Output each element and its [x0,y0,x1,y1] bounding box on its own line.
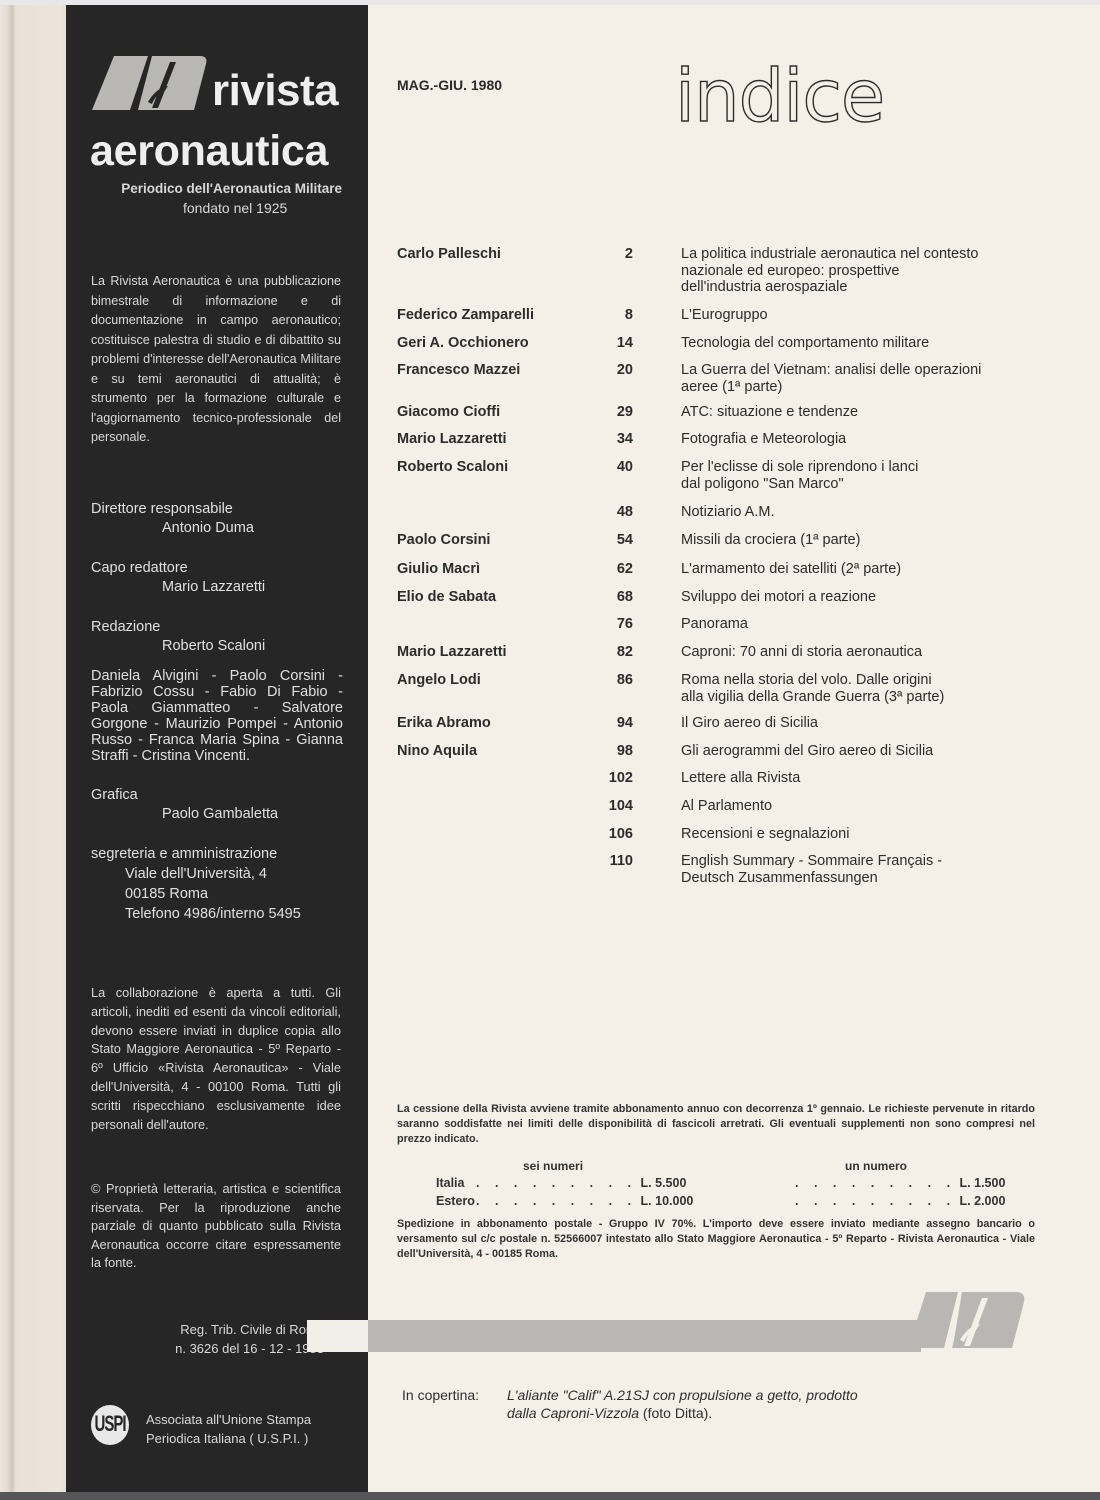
toc-author: Angelo Lodi [397,672,597,688]
credit-name: Antonio Duma [162,519,343,538]
credit-name: Mario Lazzaretti [162,578,343,597]
credit-chief-editor: Capo redattore Mario Lazzaretti [91,559,343,597]
index-title: indice [675,56,884,136]
masthead-tagline: Periodico dell'Aeronautica Militare [90,181,342,196]
footer-bar [368,1320,921,1352]
credit-director: Direttore responsabile Antonio Duma [91,500,343,538]
uspi-line2: Periodica Italiana ( U.S.P.I. ) [146,1430,311,1449]
toc-author: Geri A. Occhionero [397,335,597,351]
toc-page-number: 8 [593,307,633,323]
toc-author: Federico Zamparelli [397,307,597,323]
toc-page-number: 29 [593,404,633,420]
toc-page-number: 98 [593,743,633,759]
price-leader-dots: . . . . . . . . . [795,1176,956,1190]
toc-article-title: ATC: situazione e tendenze [681,404,1051,421]
issue-date: MAG.-GIU. 1980 [397,77,502,93]
price-value: L. 2.000 [960,1194,1006,1208]
copyright-note: © Proprietà letteraria, artistica e scie… [91,1180,341,1273]
toc-article-title: Recensioni e segnalazioni [681,826,1051,843]
toc-article-title: Per l'eclisse di sole riprendono i lanci… [681,459,1051,492]
collaboration-note: La collaborazione è aperta a tutti. Gli … [91,984,341,1134]
toc-author: Francesco Mazzei [397,362,597,378]
toc-page-number: 34 [593,431,633,447]
price-leader-dots: . . . . . . . . . [795,1194,956,1208]
credit-role: segreteria e amministrazione [91,845,343,864]
toc-article-title: La politica industriale aeronautica nel … [681,246,1051,296]
toc-article-title: Lettere alla Rivista [681,770,1051,787]
price-header-one-issue: un numero [845,1159,907,1173]
price-row-one-issue: . . . . . . . . . L. 2.000 [795,1194,1005,1208]
registration-line1: Reg. Trib. Civile di Roma [130,1320,324,1339]
toc-article-title: Tecnologia del comportamento militare [681,335,1051,352]
uspi-logo-text: USPI [91,1395,129,1455]
ra-monogram-icon [88,52,210,114]
registration: Reg. Trib. Civile di Roma n. 3626 del 16… [130,1320,324,1358]
staff-list: Daniela Alvigini - Paolo Corsini - Fabri… [91,668,343,764]
masthead-title-rivista: rivista [212,66,338,116]
toc-article-title: L'armamento dei satelliti (2ª parte) [681,561,1051,578]
price-value: L. 1.500 [960,1176,1006,1190]
price-value: L. 5.500 [641,1176,687,1190]
toc-page-number: 20 [593,362,633,378]
toc-author: Roberto Scaloni [397,459,597,475]
credit-role: Redazione [91,618,343,637]
cover-description: L'aliante "Calif" A.21SJ con propulsione… [507,1387,867,1422]
toc-author: Giulio Macrì [397,561,597,577]
toc-article-title: La Guerra del Vietnam: analisi delle ope… [681,362,1051,395]
masthead-founded: fondato nel 1925 [183,200,287,216]
price-region: Estero [436,1194,476,1208]
registration-box [307,1320,368,1352]
toc-author: Mario Lazzaretti [397,431,597,447]
toc-author: Erika Abramo [397,715,597,731]
toc-article-title: Fotografia e Meteorologia [681,431,1051,448]
toc-article-title: Il Giro aereo di Sicilia [681,715,1051,732]
uspi-line1: Associata all'Unione Stampa [146,1411,311,1430]
credit-graphics: Grafica Paolo Gambaletta [91,786,343,824]
toc-page-number: 76 [593,616,633,632]
toc-author: Paolo Corsini [397,532,597,548]
shipping-note: Spedizione in abbonamento postale - Grup… [397,1217,1035,1262]
cover-photo-credit: (foto Ditta). [639,1405,712,1421]
toc-author: Elio de Sabata [397,589,597,605]
toc-page-number: 110 [593,853,633,869]
credit-role: Direttore responsabile [91,500,343,519]
toc-article-title: Roma nella storia del volo. Dalle origin… [681,672,1051,705]
toc-page-number: 104 [593,798,633,814]
toc-article-title: Sviluppo dei motori a reazione [681,589,1051,606]
toc-page-number: 82 [593,644,633,660]
toc-page-number: 62 [593,561,633,577]
toc-article-title: Al Parlamento [681,798,1051,815]
toc-author: Giacomo Cioffi [397,404,597,420]
uspi-logo-icon: USPI [91,1405,129,1445]
toc-page-number: 68 [593,589,633,605]
toc-article-title: Missili da crociera (1ª parte) [681,532,1051,549]
credit-name: Roberto Scaloni [162,637,343,656]
toc-page-number: 48 [593,504,633,520]
binding-strip [0,5,68,1492]
uspi-membership: Associata all'Unione Stampa Periodica It… [146,1411,311,1448]
toc-page-number: 106 [593,826,633,842]
price-row-six-issues: Estero. . . . . . . . . L. 10.000 [436,1194,693,1208]
registration-line2: n. 3626 del 16 - 12 - 1953 [130,1339,324,1358]
credit-role: Grafica [91,786,343,805]
credit-role: Capo redattore [91,559,343,578]
cover-label: In copertina: [402,1387,479,1405]
masthead-title-aeronautica: aeronautica [90,127,328,176]
subscription-note: La cessione della Rivista avviene tramit… [397,1102,1035,1147]
credits: Direttore responsabile Antonio Duma Capo… [91,500,343,945]
toc-page-number: 2 [593,246,633,262]
intro-paragraph: La Rivista Aeronautica è una pubblicazio… [91,272,341,448]
admin-address-street: Viale dell'Università, 4 [125,864,343,884]
toc-article-title: Panorama [681,616,1051,633]
admin-phone: Telefono 4986/interno 5495 [125,904,343,924]
toc-author: Mario Lazzaretti [397,644,597,660]
toc-article-title: English Summary - Sommaire Français - De… [681,853,1051,886]
ra-monogram-footer-icon [900,1288,1030,1352]
credit-editorial: Redazione Roberto Scaloni [91,618,343,656]
price-region: Italia [436,1176,476,1190]
toc-article-title: Caproni: 70 anni di storia aeronautica [681,644,1051,661]
credit-administration: segreteria e amministrazione Viale dell'… [91,845,343,924]
price-value: L. 10.000 [641,1194,694,1208]
toc-author: Nino Aquila [397,743,597,759]
credit-name: Paolo Gambaletta [162,805,343,824]
page-bottom-edge [0,1492,1100,1500]
toc-article-title: Notiziario A.M. [681,504,1051,521]
toc-author: Carlo Palleschi [397,246,597,262]
toc-article-title: L'Eurogruppo [681,307,1051,324]
price-leader-dots: . . . . . . . . . [476,1194,637,1208]
price-row-six-issues: Italia. . . . . . . . . L. 5.500 [436,1176,686,1190]
toc-page-number: 102 [593,770,633,786]
toc-page-number: 14 [593,335,633,351]
toc-article-title: Gli aerogrammi del Giro aereo di Sicilia [681,743,1051,760]
toc-page-number: 54 [593,532,633,548]
price-leader-dots: . . . . . . . . . [476,1176,637,1190]
admin-address-city: 00185 Roma [125,884,343,904]
toc-page-number: 86 [593,672,633,688]
price-row-one-issue: . . . . . . . . . L. 1.500 [795,1176,1005,1190]
toc-page-number: 40 [593,459,633,475]
price-header-six-issues: sei numeri [523,1159,583,1173]
toc-page-number: 94 [593,715,633,731]
